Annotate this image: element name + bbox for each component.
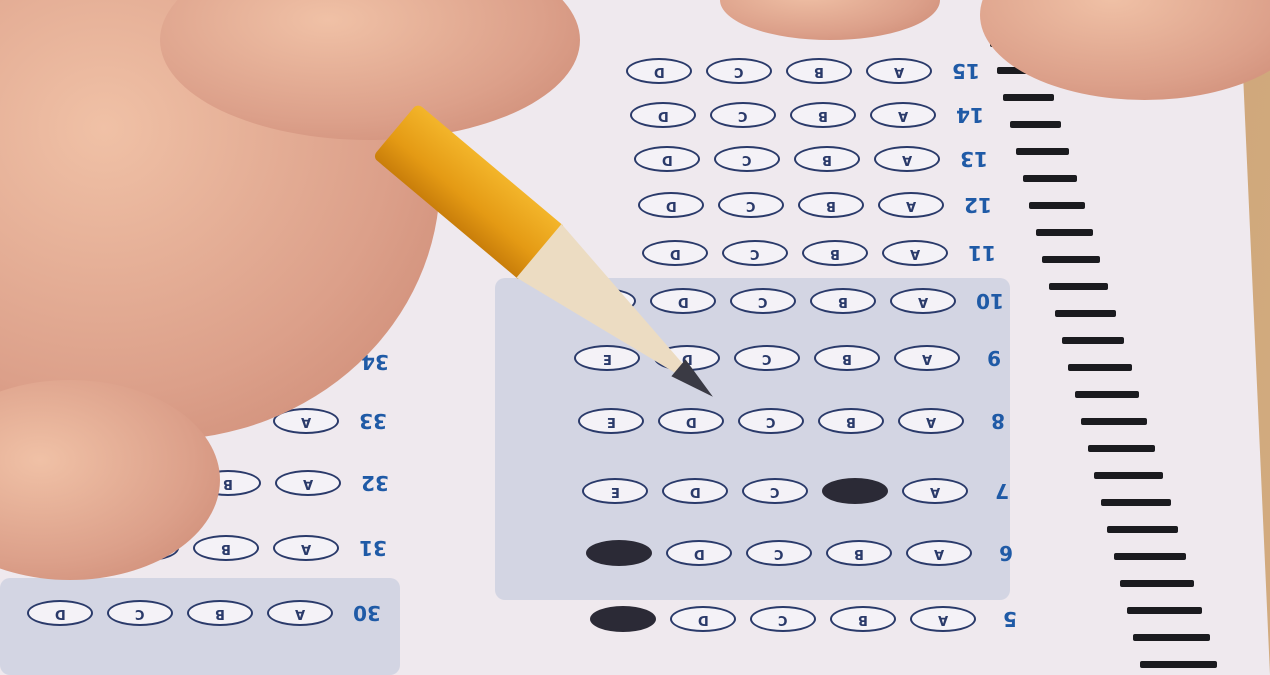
question-number: 13 (954, 147, 994, 171)
bubble-letter: A (301, 414, 311, 429)
question-number: 33 (353, 409, 393, 433)
bubble-letter: A (301, 541, 311, 556)
answer-row-5: 5ABCD (590, 606, 1030, 632)
answer-bubble-b[interactable]: B (818, 408, 884, 434)
bubble-letter: E (607, 414, 616, 429)
bubble-letter: B (223, 476, 233, 491)
answer-bubble-a[interactable]: A (882, 240, 948, 266)
bubble-letter: B (838, 294, 848, 309)
bubble-letter: A (922, 351, 932, 366)
question-number: 12 (958, 193, 998, 217)
answer-bubble-a[interactable]: A (866, 58, 932, 84)
answer-bubble-d[interactable]: D (642, 240, 708, 266)
answer-bubble-a[interactable]: A (870, 102, 936, 128)
question-number: 8 (978, 409, 1018, 433)
answer-row-14: 14ABCD (630, 102, 990, 128)
question-number: 7 (982, 479, 1022, 503)
timing-mark (1094, 472, 1163, 479)
bubble-letter: C (742, 152, 752, 167)
answer-bubble-a[interactable]: A (267, 600, 333, 626)
timing-mark (1114, 553, 1187, 560)
answer-bubble-d[interactable]: D (626, 58, 692, 84)
answer-row-11: 11ABCD (642, 240, 1002, 266)
bubble-letter: D (662, 152, 673, 167)
timing-mark (1016, 148, 1069, 155)
answer-row-6: 6ABCD (586, 540, 1026, 566)
timing-mark (1042, 256, 1100, 263)
question-number: 32 (355, 471, 395, 495)
bubble-letter: A (934, 546, 944, 561)
bubble-letter: A (902, 152, 912, 167)
answer-bubble-b[interactable]: B (794, 146, 860, 172)
timing-mark (1088, 445, 1156, 452)
bubble-letter: B (846, 414, 856, 429)
timing-mark (1003, 94, 1054, 101)
timing-mark (1075, 391, 1140, 398)
bubble-letter: C (734, 64, 744, 79)
answer-bubble-a[interactable]: A (890, 288, 956, 314)
answer-bubble-a[interactable]: A (878, 192, 944, 218)
answer-bubble-b[interactable]: B (810, 288, 876, 314)
bubble-letter: A (938, 612, 948, 627)
bubble-letter: E (611, 484, 620, 499)
bubble-letter: A (303, 476, 313, 491)
answer-bubble-a[interactable]: A (894, 345, 960, 371)
question-number: 30 (347, 601, 387, 625)
answer-bubble-b[interactable]: B (802, 240, 868, 266)
timing-mark (1049, 283, 1109, 290)
answer-bubble-a[interactable]: A (898, 408, 964, 434)
answer-bubble-b[interactable]: B (826, 540, 892, 566)
bubble-letter: C (778, 612, 788, 627)
answer-bubble-a[interactable]: A (275, 470, 341, 496)
bubble-letter: C (774, 546, 784, 561)
question-number: 31 (353, 536, 393, 560)
bubble-letter: A (910, 246, 920, 261)
question-number: 5 (990, 607, 1030, 631)
timing-mark (1120, 580, 1194, 587)
answer-row-12: 12ABCD (638, 192, 998, 218)
answer-bubble-d[interactable]: D (662, 478, 728, 504)
answer-row-13: 13ABCD (634, 146, 994, 172)
answer-bubble-d[interactable]: D (630, 102, 696, 128)
bubble-letter: B (842, 351, 852, 366)
question-number: 6 (986, 541, 1026, 565)
bubble-letter: C (738, 108, 748, 123)
answer-bubble-c[interactable]: C (706, 58, 772, 84)
answer-bubble-e[interactable] (586, 540, 652, 566)
bubble-letter: A (295, 606, 305, 621)
bubble-letter: A (926, 414, 936, 429)
timing-mark (1010, 121, 1062, 128)
bubble-letter: C (770, 484, 780, 499)
answer-bubble-c[interactable]: C (710, 102, 776, 128)
bubble-letter: A (918, 294, 928, 309)
bubble-letter: B (814, 64, 824, 79)
bubble-letter: C (135, 606, 145, 621)
timing-mark (1055, 310, 1116, 317)
timing-mark (1107, 526, 1178, 533)
bubble-letter: B (854, 546, 864, 561)
answer-bubble-d[interactable]: D (27, 600, 93, 626)
answer-bubble-e[interactable] (590, 606, 656, 632)
bubble-letter: C (762, 351, 772, 366)
answer-bubble-c[interactable]: C (730, 288, 796, 314)
bubble-letter: B (822, 152, 832, 167)
answer-bubble-c[interactable]: C (107, 600, 173, 626)
answer-row-8: 8ABCDE (578, 408, 1018, 434)
timing-mark (1029, 202, 1085, 209)
answer-bubble-e[interactable]: E (578, 408, 644, 434)
shaded-question-block-left (0, 578, 400, 675)
answer-bubble-a[interactable]: A (906, 540, 972, 566)
answer-bubble-e[interactable]: E (582, 478, 648, 504)
answer-bubble-b[interactable]: B (193, 535, 259, 561)
bubble-letter: D (666, 198, 677, 213)
answer-bubble-c[interactable]: C (750, 606, 816, 632)
answer-row-30: 30ABCD (27, 600, 387, 626)
bubble-letter: A (898, 108, 908, 123)
answer-bubble-b[interactable]: B (814, 345, 880, 371)
bubble-letter: C (758, 294, 768, 309)
bubble-letter: C (746, 198, 756, 213)
answer-bubble-c[interactable]: C (742, 478, 808, 504)
bubble-letter: A (930, 484, 940, 499)
answer-bubble-b[interactable] (822, 478, 888, 504)
question-number: 14 (950, 103, 990, 127)
bubble-letter: D (694, 546, 705, 561)
bubble-letter: B (858, 612, 868, 627)
answer-bubble-d[interactable]: D (634, 146, 700, 172)
bubble-letter: D (670, 246, 681, 261)
timing-mark (1133, 634, 1210, 641)
bubble-letter: D (658, 108, 669, 123)
answer-bubble-a[interactable]: A (273, 535, 339, 561)
answer-bubble-b[interactable]: B (830, 606, 896, 632)
answer-bubble-b[interactable]: B (790, 102, 856, 128)
bubble-letter: A (906, 198, 916, 213)
bubble-letter: D (654, 64, 665, 79)
timing-mark (1062, 337, 1124, 344)
answer-bubble-a[interactable]: A (910, 606, 976, 632)
answer-bubble-c[interactable]: C (722, 240, 788, 266)
answer-bubble-c[interactable]: C (746, 540, 812, 566)
answer-bubble-c[interactable]: C (714, 146, 780, 172)
question-number: 11 (962, 241, 1002, 265)
answer-row-33: 33A (273, 408, 393, 434)
timing-mark (1140, 661, 1218, 668)
bubble-letter: D (690, 484, 701, 499)
timing-mark (1068, 364, 1132, 371)
question-number: 9 (974, 346, 1014, 370)
timing-mark (1036, 229, 1093, 236)
bubble-letter: D (55, 606, 66, 621)
answer-bubble-a[interactable]: A (874, 146, 940, 172)
bubble-letter: A (894, 64, 904, 79)
bubble-letter: B (830, 246, 840, 261)
answer-bubble-c[interactable]: C (718, 192, 784, 218)
answer-bubble-d[interactable]: D (666, 540, 732, 566)
answer-bubble-b[interactable]: B (187, 600, 253, 626)
answer-bubble-b[interactable]: B (786, 58, 852, 84)
question-number: 15 (946, 59, 986, 83)
answer-bubble-d[interactable]: D (670, 606, 736, 632)
answer-row-15: 15ABCD (626, 58, 986, 84)
timing-mark (1081, 418, 1147, 425)
timing-mark (1023, 175, 1078, 182)
bubble-letter: C (750, 246, 760, 261)
bubble-letter: B (221, 541, 231, 556)
question-number: 10 (970, 289, 1010, 313)
answer-bubble-d[interactable]: D (638, 192, 704, 218)
answer-bubble-a[interactable]: A (902, 478, 968, 504)
timing-mark (1127, 607, 1202, 614)
bubble-letter: B (215, 606, 225, 621)
bubble-letter: D (698, 612, 709, 627)
answer-row-7: 7ACDE (582, 478, 1022, 504)
answer-bubble-b[interactable]: B (798, 192, 864, 218)
bubble-letter: B (826, 198, 836, 213)
bubble-letter: B (818, 108, 828, 123)
timing-mark (1101, 499, 1171, 506)
